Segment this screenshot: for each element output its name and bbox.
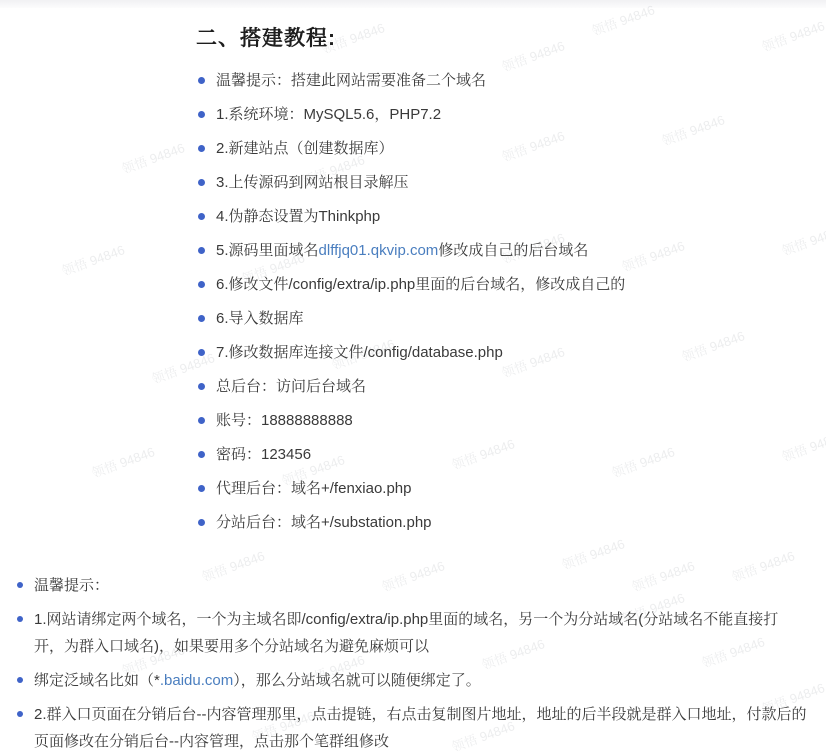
bullet-icon [198, 383, 205, 390]
list-item: 2.新建站点（创建数据库） [196, 132, 826, 166]
list-item-text: 温馨提示：搭建此网站需要准备二个域名 [216, 64, 486, 98]
list-item-text: 温馨提示： [34, 572, 808, 599]
domain-link[interactable]: dlffjq01.qkvip.com [319, 242, 439, 259]
text-segment: 绑定泛域名比如（* [34, 672, 160, 689]
text-segment: ），那么分站域名就可以随便绑定了。 [233, 672, 481, 689]
text-segment: 温馨提示：搭建此网站需要准备二个域名 [216, 72, 486, 89]
text-segment: 2.群入口页面在分销后台--内容管理那里，点击提链，右点击复制图片地址，地址的后… [34, 706, 807, 750]
text-segment: 6.修改文件/config/extra/ip.php里面的后台域名，修改成自己的 [216, 276, 625, 293]
bullet-icon [198, 247, 205, 254]
tutorial-list: 温馨提示：搭建此网站需要准备二个域名1.系统环境：MySQL5.6，PHP7.2… [196, 64, 826, 540]
list-item: 2.群入口页面在分销后台--内容管理那里，点击提链，右点击复制图片地址，地址的后… [16, 701, 810, 755]
text-segment: 5.源码里面域名 [216, 242, 319, 259]
bullet-icon [198, 417, 205, 424]
text-segment: 总后台：访问后台域名 [216, 378, 366, 395]
bullet-icon [198, 179, 205, 186]
list-item: 绑定泛域名比如（*.baidu.com），那么分站域名就可以随便绑定了。 [16, 667, 810, 694]
list-item: 1.系统环境：MySQL5.6，PHP7.2 [196, 98, 826, 132]
list-item-text: 绑定泛域名比如（*.baidu.com），那么分站域名就可以随便绑定了。 [34, 667, 808, 694]
bullet-icon [198, 451, 205, 458]
list-item-text: 分站后台：域名+/substation.php [216, 506, 432, 540]
tutorial-section: 二、搭建教程: 温馨提示：搭建此网站需要准备二个域名1.系统环境：MySQL5.… [196, 8, 826, 540]
bullet-icon [198, 77, 205, 84]
text-segment: 温馨提示： [34, 577, 109, 594]
notes-section: 温馨提示：1.网站请绑定两个域名，一个为主域名即/config/extra/ip… [16, 572, 810, 755]
bullet-icon [17, 616, 23, 622]
list-item: 分站后台：域名+/substation.php [196, 506, 826, 540]
page-top-strip [0, 0, 826, 8]
bullet-icon [198, 315, 205, 322]
text-segment: 分站后台：域名+/substation.php [216, 514, 432, 531]
text-segment: 2.新建站点（创建数据库） [216, 140, 394, 157]
domain-link[interactable]: .baidu.com [160, 672, 233, 689]
list-item: 4.伪静态设置为Thinkphp [196, 200, 826, 234]
list-item: 账号：18888888888 [196, 404, 826, 438]
list-item: 7.修改数据库连接文件/config/database.php [196, 336, 826, 370]
text-segment: 密码：123456 [216, 446, 311, 463]
text-segment: 修改成自己的后台域名 [438, 242, 588, 259]
bullet-icon [198, 485, 205, 492]
bullet-icon [17, 677, 23, 683]
list-item-text: 3.上传源码到网站根目录解压 [216, 166, 409, 200]
list-item: 6.导入数据库 [196, 302, 826, 336]
section-title: 二、搭建教程: [196, 22, 826, 52]
list-item: 6.修改文件/config/extra/ip.php里面的后台域名，修改成自己的 [196, 268, 826, 302]
list-item-text: 7.修改数据库连接文件/config/database.php [216, 336, 503, 370]
list-item-text: 5.源码里面域名dlffjq01.qkvip.com修改成自己的后台域名 [216, 234, 588, 268]
list-item: 5.源码里面域名dlffjq01.qkvip.com修改成自己的后台域名 [196, 234, 826, 268]
bullet-icon [198, 281, 205, 288]
list-item-text: 6.导入数据库 [216, 302, 304, 336]
list-item: 密码：123456 [196, 438, 826, 472]
text-segment: 3.上传源码到网站根目录解压 [216, 174, 409, 191]
list-item-text: 2.群入口页面在分销后台--内容管理那里，点击提链，右点击复制图片地址，地址的后… [34, 701, 808, 755]
list-item-text: 4.伪静态设置为Thinkphp [216, 200, 380, 234]
bullet-icon [17, 582, 23, 588]
text-segment: 账号：18888888888 [216, 412, 353, 429]
list-item-text: 账号：18888888888 [216, 404, 353, 438]
list-item-text: 1.系统环境：MySQL5.6，PHP7.2 [216, 98, 441, 132]
list-item: 3.上传源码到网站根目录解压 [196, 166, 826, 200]
text-segment: 6.导入数据库 [216, 310, 304, 327]
text-segment: 代理后台：域名+/fenxiao.php [216, 480, 412, 497]
notes-list: 温馨提示：1.网站请绑定两个域名，一个为主域名即/config/extra/ip… [16, 572, 810, 755]
text-segment: 1.系统环境：MySQL5.6，PHP7.2 [216, 106, 441, 123]
list-item: 1.网站请绑定两个域名，一个为主域名即/config/extra/ip.php里… [16, 606, 810, 660]
text-segment: 7.修改数据库连接文件/config/database.php [216, 344, 503, 361]
list-item: 总后台：访问后台域名 [196, 370, 826, 404]
list-item-text: 6.修改文件/config/extra/ip.php里面的后台域名，修改成自己的 [216, 268, 625, 302]
bullet-icon [17, 711, 23, 717]
document-page: 二、搭建教程: 温馨提示：搭建此网站需要准备二个域名1.系统环境：MySQL5.… [0, 8, 826, 755]
bullet-icon [198, 145, 205, 152]
list-item-text: 代理后台：域名+/fenxiao.php [216, 472, 412, 506]
text-segment: 1.网站请绑定两个域名，一个为主域名即/config/extra/ip.php里… [34, 611, 778, 655]
list-item: 温馨提示： [16, 572, 810, 599]
list-item: 代理后台：域名+/fenxiao.php [196, 472, 826, 506]
bullet-icon [198, 519, 205, 526]
bullet-icon [198, 349, 205, 356]
list-item-text: 总后台：访问后台域名 [216, 370, 366, 404]
bullet-icon [198, 213, 205, 220]
bullet-icon [198, 111, 205, 118]
list-item-text: 1.网站请绑定两个域名，一个为主域名即/config/extra/ip.php里… [34, 606, 808, 660]
text-segment: 4.伪静态设置为Thinkphp [216, 208, 380, 225]
list-item-text: 密码：123456 [216, 438, 311, 472]
list-item: 温馨提示：搭建此网站需要准备二个域名 [196, 64, 826, 98]
list-item-text: 2.新建站点（创建数据库） [216, 132, 394, 166]
